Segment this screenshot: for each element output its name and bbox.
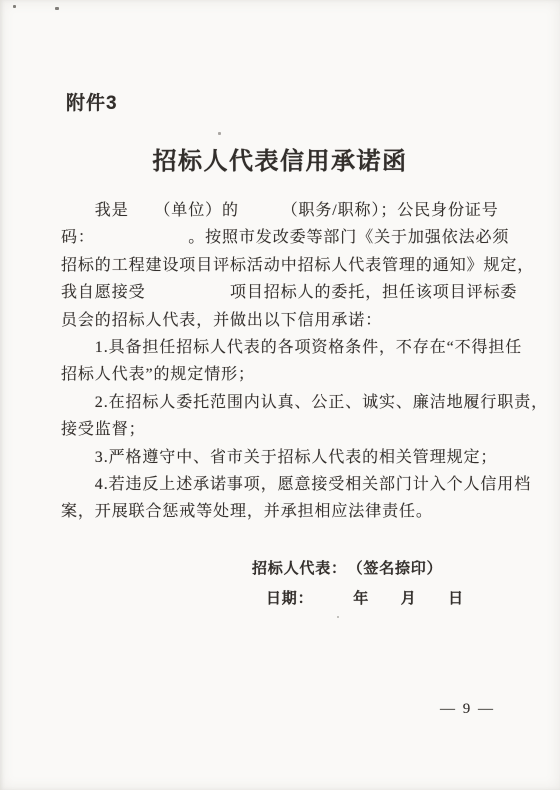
body-line: 1.具备担任招标人代表的各项资格条件，不存在“不得担任 (61, 334, 523, 361)
body-line: 案，开展联合惩戒等处理，并承担相应法律责任。 (61, 498, 523, 525)
body-line: 我是 （单位）的 （职务/职称）；公民身份证号 (61, 197, 523, 224)
body-line: 3.严格遵守中、省市关于招标人代表的相关管理规定； (61, 444, 523, 471)
scan-speck (13, 5, 16, 8)
page-number: — 9 — (440, 701, 495, 718)
scan-speck (55, 7, 59, 10)
scan-speck (218, 132, 221, 135)
body-line: 接受监督； (61, 416, 523, 443)
body-line: 招标的工程建设项目评标活动中招标人代表管理的通知》规定， (61, 252, 523, 279)
attachment-label: 附件3 (66, 88, 118, 115)
document-body: 我是 （单位）的 （职务/职称）；公民身份证号 码： 。按照市发改委等部门《关于… (61, 197, 523, 526)
scan-speck (337, 616, 339, 618)
body-line: 我自愿接受 项目招标人的委托，担任该项目评标委 (61, 279, 523, 306)
body-line: 码： 。按照市发改委等部门《关于加强依法必须 (61, 224, 523, 251)
body-line: 2.在招标人委托范围内认真、公正、诚实、廉洁地履行职责， (61, 389, 523, 416)
body-line: 招标人代表”的规定情形； (61, 361, 523, 388)
body-line: 4.若违反上述承诺事项，愿意接受相关部门计入个人信用档 (61, 471, 523, 498)
scanned-document-page: 附件3 招标人代表信用承诺函 我是 （单位）的 （职务/职称）；公民身份证号 码… (0, 0, 560, 790)
date-line: 日期： 年 月 日 (266, 587, 464, 608)
body-line: 员会的招标人代表，并做出以下信用承诺： (61, 307, 523, 334)
page-title: 招标人代表信用承诺函 (0, 141, 560, 176)
signer-line: 招标人代表： （签名捺印） (252, 557, 442, 578)
